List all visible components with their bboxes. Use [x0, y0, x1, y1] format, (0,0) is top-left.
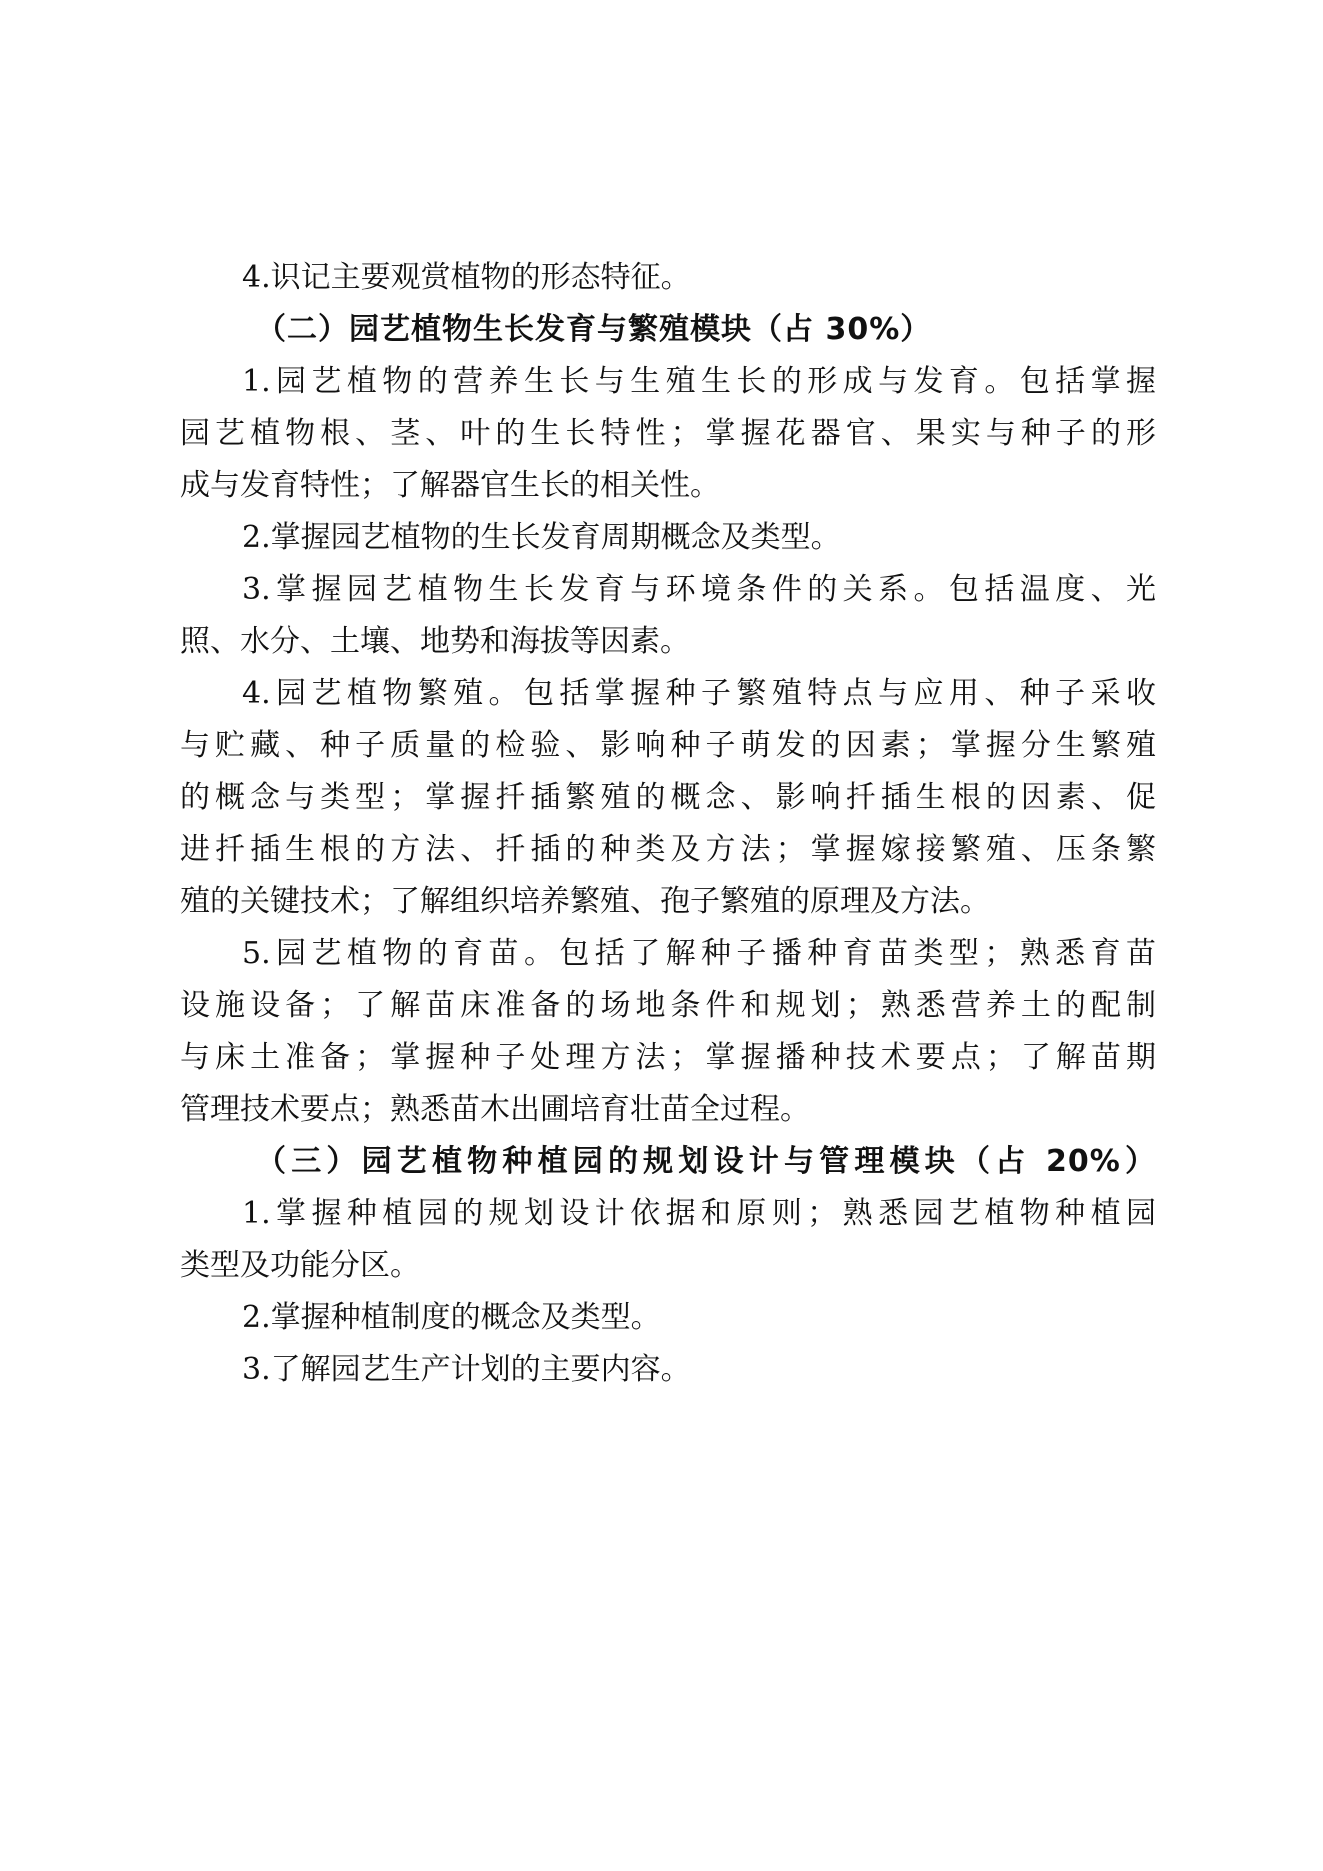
- paragraph-1-planning: 1.掌握种植园的规划设计依据和原则；熟悉园艺植物种植园 类型及功能分区。: [180, 1188, 1156, 1292]
- paragraph-line: 园艺植物根、茎、叶的生长特性；掌握花器官、果实与种子的形: [180, 408, 1156, 460]
- paragraph-line: 类型及功能分区。: [180, 1240, 1156, 1292]
- paragraph-1-growth: 1.园艺植物的营养生长与生殖生长的形成与发育。包括掌握 园艺植物根、茎、叶的生长…: [180, 356, 1156, 512]
- paragraph-2-cropping-system: 2.掌握种植制度的概念及类型。: [180, 1292, 1156, 1344]
- paragraph-4-propagation: 4.园艺植物繁殖。包括掌握种子繁殖特点与应用、种子采收 与贮藏、种子质量的检验、…: [180, 668, 1156, 928]
- document-body: 4.识记主要观赏植物的形态特征。 （二）园艺植物生长发育与繁殖模块（占 30%）…: [180, 252, 1156, 1396]
- paragraph-line: 1.掌握种植园的规划设计依据和原则；熟悉园艺植物种植园: [180, 1188, 1156, 1240]
- paragraph-line: 殖的关键技术；了解组织培养繁殖、孢子繁殖的原理及方法。: [180, 876, 1156, 928]
- paragraph-line: 与贮藏、种子质量的检验、影响种子萌发的因素；掌握分生繁殖: [180, 720, 1156, 772]
- paragraph-item-4-ornamental: 4.识记主要观赏植物的形态特征。: [180, 252, 1156, 304]
- document-page: 4.识记主要观赏植物的形态特征。 （二）园艺植物生长发育与繁殖模块（占 30%）…: [0, 0, 1323, 1871]
- paragraph-line: 照、水分、土壤、地势和海拔等因素。: [180, 616, 1156, 668]
- paragraph-line: 设施设备；了解苗床准备的场地条件和规划；熟悉营养土的配制: [180, 980, 1156, 1032]
- paragraph-line: 3.掌握园艺植物生长发育与环境条件的关系。包括温度、光: [180, 564, 1156, 616]
- paragraph-line: 成与发育特性；了解器官生长的相关性。: [180, 460, 1156, 512]
- paragraph-3-production-plan: 3.了解园艺生产计划的主要内容。: [180, 1344, 1156, 1396]
- section-heading-3: （三）园艺植物种植园的规划设计与管理模块（占 20%）: [180, 1136, 1156, 1188]
- section-heading-2: （二）园艺植物生长发育与繁殖模块（占 30%）: [180, 304, 1156, 356]
- paragraph-line: 4.园艺植物繁殖。包括掌握种子繁殖特点与应用、种子采收: [180, 668, 1156, 720]
- paragraph-line: 与床土准备；掌握种子处理方法；掌握播种技术要点；了解苗期: [180, 1032, 1156, 1084]
- paragraph-line: 1.园艺植物的营养生长与生殖生长的形成与发育。包括掌握: [180, 356, 1156, 408]
- paragraph-5-seedling: 5.园艺植物的育苗。包括了解种子播种育苗类型；熟悉育苗 设施设备；了解苗床准备的…: [180, 928, 1156, 1136]
- paragraph-line: 管理技术要点；熟悉苗木出圃培育壮苗全过程。: [180, 1084, 1156, 1136]
- paragraph-line: 进扦插生根的方法、扦插的种类及方法；掌握嫁接繁殖、压条繁: [180, 824, 1156, 876]
- paragraph-3-environment: 3.掌握园艺植物生长发育与环境条件的关系。包括温度、光 照、水分、土壤、地势和海…: [180, 564, 1156, 668]
- paragraph-2-cycle: 2.掌握园艺植物的生长发育周期概念及类型。: [180, 512, 1156, 564]
- paragraph-line: 5.园艺植物的育苗。包括了解种子播种育苗类型；熟悉育苗: [180, 928, 1156, 980]
- paragraph-line: 的概念与类型；掌握扦插繁殖的概念、影响扦插生根的因素、促: [180, 772, 1156, 824]
